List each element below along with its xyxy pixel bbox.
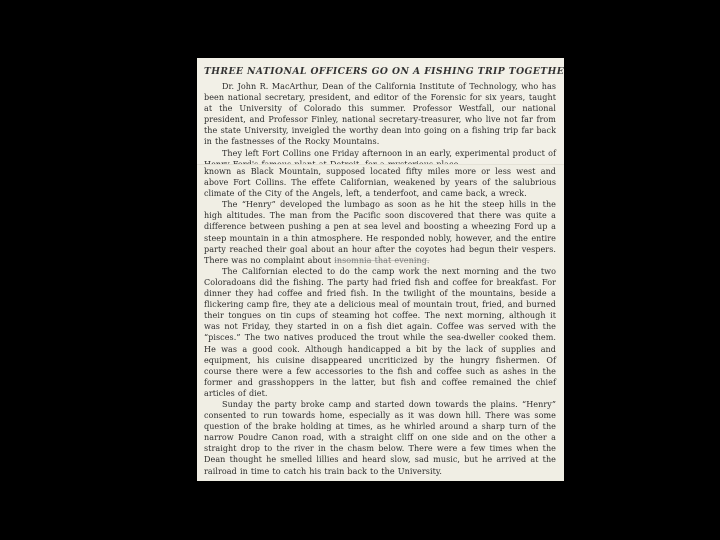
paragraph-sunday: Sunday the party broke camp and started … — [204, 399, 556, 477]
article-headline: THREE NATIONAL OFFICERS GO ON A FISHING … — [204, 66, 556, 77]
clipping-bottom: known as Black Mountain, supposed locate… — [197, 164, 564, 481]
paragraph-henry: The “Henry” developed the lumbago as soo… — [204, 199, 556, 266]
paragraph-camp: The Californian elected to do the camp w… — [204, 266, 556, 399]
paragraph-departure-continued: known as Black Mountain, supposed locate… — [204, 166, 556, 199]
clipping-top: THREE NATIONAL OFFICERS GO ON A FISHING … — [197, 58, 564, 164]
paragraph-intro: Dr. John R. MacArthur, Dean of the Calif… — [204, 81, 556, 148]
slide: THREE NATIONAL OFFICERS GO ON A FISHING … — [0, 0, 720, 540]
newspaper-clipping: THREE NATIONAL OFFICERS GO ON A FISHING … — [197, 58, 564, 481]
paragraph-henry-tail: insomnia that evening. — [334, 256, 429, 265]
